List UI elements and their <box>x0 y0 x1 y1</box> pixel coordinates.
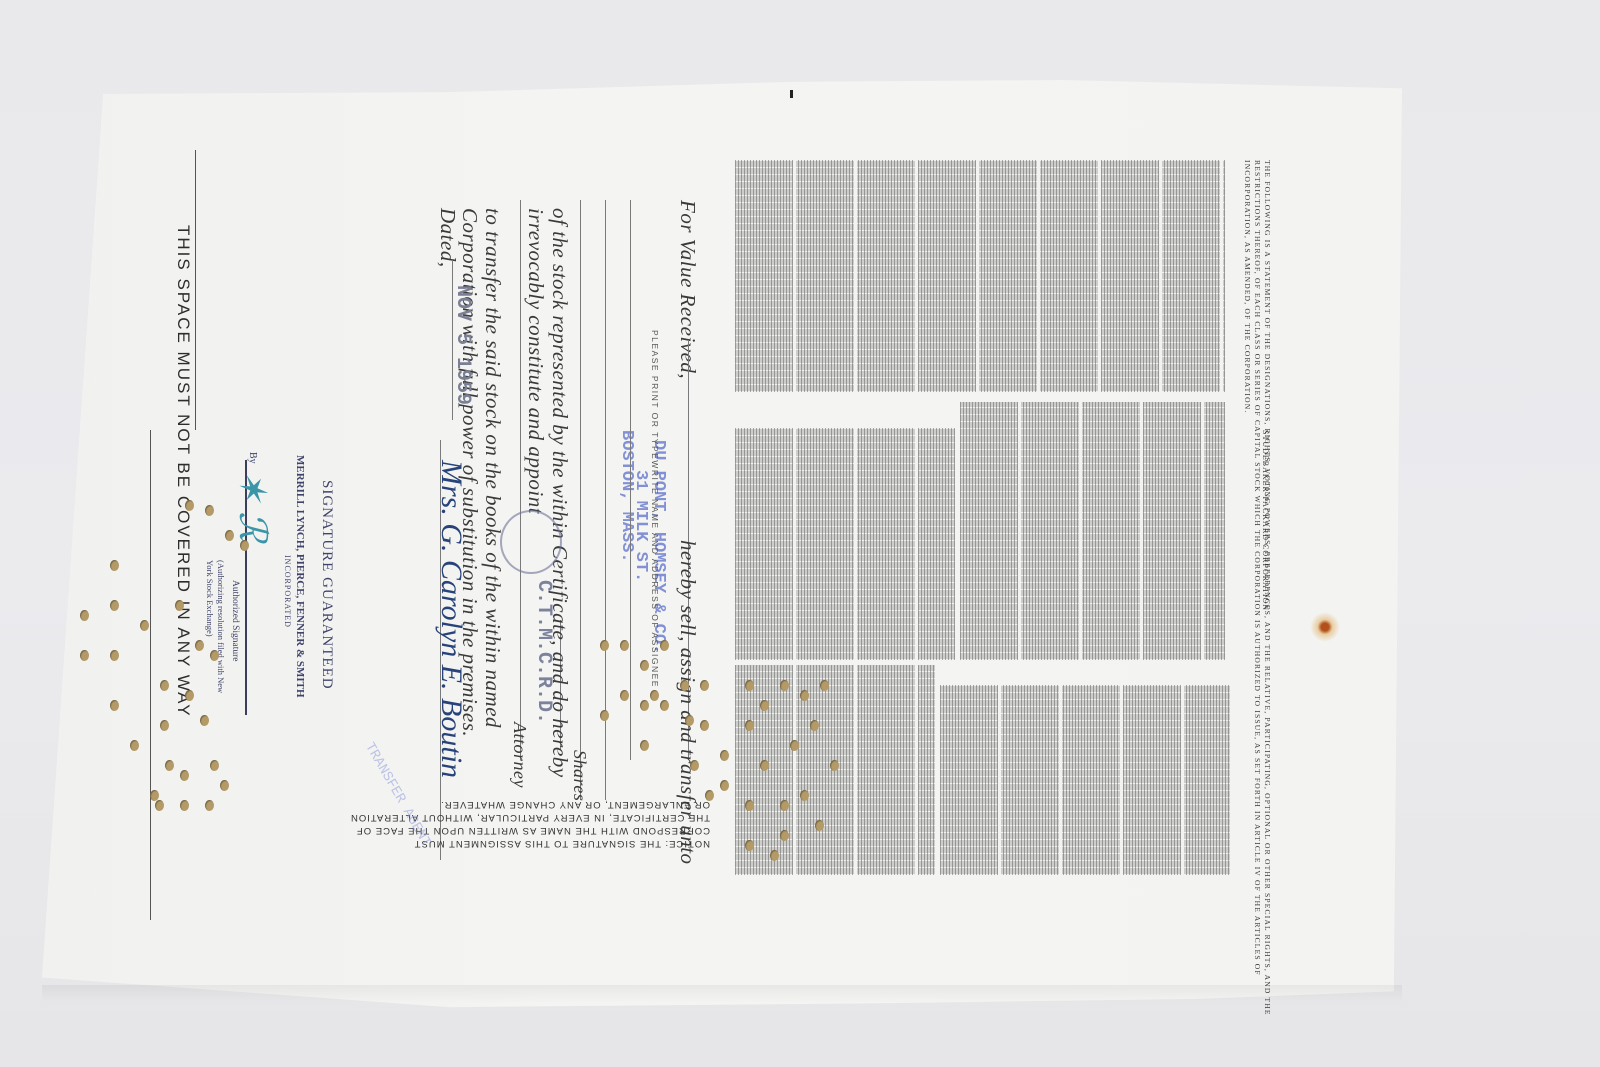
transfer-stamp: C.T.M.C.R.D. <box>532 580 555 724</box>
guarantee-incorporated: INCORPORATED <box>283 555 292 628</box>
perforation-hole <box>780 800 789 811</box>
perforation-hole <box>240 540 249 551</box>
perforation-hole <box>705 790 714 801</box>
perforation-hole <box>770 850 779 861</box>
attorney-label: Attorney <box>509 722 530 788</box>
perforation-hole <box>110 560 119 571</box>
perforation-hole <box>160 720 169 731</box>
perforation-hole <box>640 740 649 751</box>
paper-shadow <box>42 985 1402 1003</box>
corporation-name: STUDEBAKER-PACKARD CORPORATION <box>1260 430 1270 611</box>
date-stamp: NOV 5 1959 <box>451 285 474 405</box>
fine-print-block-5 <box>940 685 1230 875</box>
notary-seal <box>500 510 562 574</box>
perforation-hole <box>720 780 729 791</box>
perforation-hole <box>195 640 204 651</box>
margin-line-lower <box>150 430 151 920</box>
perforation-hole <box>130 740 139 751</box>
perforation-hole <box>80 650 89 661</box>
perforation-hole <box>185 690 194 701</box>
perforation-hole <box>175 600 184 611</box>
perforation-hole <box>820 680 829 691</box>
perforation-hole <box>140 620 149 631</box>
perforation-hole <box>800 790 809 801</box>
perforation-hole <box>165 760 174 771</box>
perforation-hole <box>205 505 214 516</box>
perforation-hole <box>760 700 769 711</box>
guarantee-title: SIGNATURE GUARANTEED <box>318 480 335 690</box>
perforation-hole <box>155 800 164 811</box>
perforation-hole <box>780 830 789 841</box>
perforation-hole <box>745 680 754 691</box>
perforation-hole <box>685 715 694 726</box>
shares-label: Shares <box>569 750 590 801</box>
assignee-hint: PLEASE PRINT OR TYPEWRITE NAME AND ADDRE… <box>650 330 660 688</box>
date-line <box>452 260 453 420</box>
assignee-line-1 <box>630 200 631 760</box>
heading-line-3: INCORPORATION, AS AMENDED, OF THE CORPOR… <box>1242 160 1252 1016</box>
perforation-hole <box>815 820 824 831</box>
perforation-hole <box>760 760 769 771</box>
perforation-hole <box>210 650 219 661</box>
ink-speck <box>790 90 793 98</box>
guarantee-by: By <box>247 452 258 464</box>
perforation-hole <box>220 780 229 791</box>
perforation-hole <box>790 740 799 751</box>
rust-stain <box>1310 612 1340 642</box>
perforation-hole <box>180 800 189 811</box>
assignee-line-3 <box>580 200 581 800</box>
perforation-hole <box>745 840 754 851</box>
owner-signature: Mrs. G. Carolyn E. Boutin <box>434 460 468 778</box>
perforation-hole <box>660 640 669 651</box>
perforation-hole <box>690 760 699 771</box>
guarantee-authorized: Authorized Signature <box>230 580 240 662</box>
margin-line-upper <box>195 150 196 430</box>
appoint-text: irrevocably constitute and appoint <box>523 208 548 514</box>
perforation-hole <box>620 640 629 651</box>
perforation-hole <box>200 715 209 726</box>
perforation-hole <box>210 760 219 771</box>
perforation-hole <box>830 760 839 771</box>
transfer-text: to transfer the said stock on the books … <box>480 208 505 728</box>
guarantee-firm: MERRILL LYNCH, PIERCE, FENNER & SMITH <box>294 455 306 698</box>
attorney-line <box>520 200 521 760</box>
perforation-hole <box>720 750 729 761</box>
perforation-hole <box>660 700 669 711</box>
assignee-stamp-line3: BOSTON, MASS. <box>617 430 636 563</box>
notice-line-1: NOTICE: THE SIGNATURE TO THIS ASSIGNMENT… <box>350 837 710 850</box>
perforation-hole <box>160 680 169 691</box>
perforation-hole <box>225 530 234 541</box>
perforation-hole <box>180 770 189 781</box>
perforation-hole <box>745 720 754 731</box>
perforation-hole <box>700 720 709 731</box>
fine-print-block-3 <box>735 428 955 660</box>
perforation-hole <box>620 690 629 701</box>
perforation-hole <box>810 720 819 731</box>
margin-warning: THIS SPACE MUST NOT BE COVERED IN ANY WA… <box>173 225 193 718</box>
perforation-hole <box>780 680 789 691</box>
perforation-hole <box>650 690 659 701</box>
perforation-hole <box>700 680 709 691</box>
perforation-hole <box>745 800 754 811</box>
fine-print-block-1 <box>735 160 1225 392</box>
perforation-hole <box>110 650 119 661</box>
perforation-hole <box>185 500 194 511</box>
perforation-hole <box>640 700 649 711</box>
guarantee-note: (Authorizing resolution filed with New Y… <box>204 560 226 710</box>
notice-line-2: CORRESPOND WITH THE NAME AS WRITTEN UPON… <box>350 824 710 837</box>
perforation-hole <box>680 680 689 691</box>
perforation-hole <box>600 640 609 651</box>
dated-label: Dated, <box>435 208 460 268</box>
fine-print-block-2 <box>960 402 1225 660</box>
perforation-hole <box>80 610 89 621</box>
guarantor-signature: ✶ ℛ <box>230 470 275 542</box>
perforation-hole <box>110 600 119 611</box>
perforation-hole <box>600 710 609 721</box>
perforation-hole <box>800 690 809 701</box>
perforation-hole <box>640 660 649 671</box>
perforation-hole <box>110 700 119 711</box>
perforation-hole <box>205 800 214 811</box>
